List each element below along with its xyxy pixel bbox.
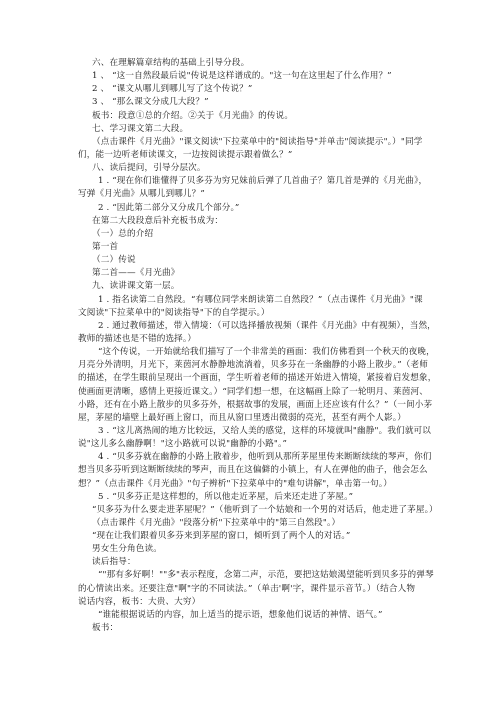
text-line: 小路，还有在小路上散步的贝多芬外，根据故事的发展，画面上还应该有什么？”（一间小… — [78, 399, 440, 412]
text-line: （点击课件《月光曲》"段落分析"下拉菜单中的"第三自然段"。） — [78, 517, 440, 530]
text-line: 在第二大段段意后补充板书成为： — [78, 215, 440, 228]
text-line: 写弹《月光曲》从哪儿到哪儿？” — [78, 188, 440, 201]
text-line: 3 、 “那么课文分成几大段？” — [78, 96, 440, 109]
text-line: 九、读讲课文第一层。 — [78, 280, 440, 293]
text-line: “谁能根据说话的内容，加上适当的提示语，想象他们说话的神情、语气。” — [78, 609, 440, 622]
text-line: 1 、 “这一自然段最后说"传说是这样谱成的。"这一句在这里起了什么作用？” — [78, 70, 440, 83]
text-line: 1 . “现在你们谁懂得了贝多芬为穷兄妹前后弹了几首曲子？第几首是弹的《月光曲》… — [78, 175, 440, 188]
text-line: 屋，茅屋的墙壁上最好画上窗口，而且从窗口里透出微弱的亮光，甚至有两个人影。） — [78, 412, 440, 425]
text-line: 板书：段意①总的介绍。②关于《月光曲》的传说。 — [78, 110, 440, 123]
text-line: 板书： — [78, 622, 440, 635]
text-line: （一）总的介绍 — [78, 228, 440, 241]
text-line: 说话内容，板书：大贵、大穷） — [78, 596, 440, 609]
text-line: 的心情读出来。还要注意"啊"字的不同读法。”（单击'啊'字，课件显示音节。）（结… — [78, 583, 440, 596]
text-line: 第二首——《月光曲》 — [78, 267, 440, 280]
text-line: 男女生分角色读。 — [78, 543, 440, 556]
text-line: （点击课件《月光曲》"课文阅读"下拉菜单中的"阅读指导"并单击"阅读提示"。）"… — [78, 136, 440, 149]
text-line: 七、学习课文第二大段。 — [78, 123, 440, 136]
text-line: “"那有多好啊！""多"表示程度，念第二声，示范，要把这姑娘渴望能听到贝多芬的弹… — [78, 569, 440, 582]
text-line: “贝多芬为什么要走进茅屋呢？”（他听到了一个姑娘和一个男的对话后，他走进了茅屋。… — [78, 504, 440, 517]
text-line: （二）传说 — [78, 254, 440, 267]
text-line: 2 . “因此第二部分又分成几个部分。” — [78, 202, 440, 215]
text-line: 2 、 “课文从哪儿到哪儿写了这个传说？” — [78, 83, 440, 96]
document-page: 六、在理解篇章结构的基础上引导分段。1 、 “这一自然段最后说"传说是这样谱成的… — [78, 57, 440, 635]
text-line: 2 . 通过教师描述，带入情境：（可以选择播放视频（课件《月光曲》中有视频），当… — [78, 320, 440, 333]
text-line: 说"这儿多么幽静啊！"这小路就可以说"幽静的小路"。” — [78, 438, 440, 451]
text-line: 们，能一边听老师读课文，一边按阅读提示跟着做么？” — [78, 149, 440, 162]
text-line: 使画面更清晰，感情上更接近课文。）“同学们想一想，在这幅画上除了一轮明月、莱茵河… — [78, 386, 440, 399]
text-line: 的描述，在学生眼前呈现出一个画面，学生听着老师的描述开始进入情境，紧接着启发想象… — [78, 372, 440, 385]
text-line: 月亮分外清明，月光下，莱茵河水静静地流淌着，贝多芬在一条幽静的小路上散步。”（老… — [78, 359, 440, 372]
text-line: 5 . “贝多芬正是这样想的，所以他走近茅屋，后来还走进了茅屋。” — [78, 491, 440, 504]
text-line: 想当贝多芬听到这断断续续的琴声，而且在这偏僻的小镇上，有人在弹他的曲子，他会怎么 — [78, 464, 440, 477]
text-line: 文阅读"下拉菜单中的"阅读指导"下的自学提示。） — [78, 307, 440, 320]
text-line: 第一首 — [78, 241, 440, 254]
text-line: “这个传说，一开始就给我们描写了一个非常美的画面：我们仿佛看到一个秋天的夜晚， — [78, 346, 440, 359]
text-line: 读后指导： — [78, 556, 440, 569]
text-line: “现在让我们跟着贝多芬来到茅屋的窗口，倾听到了两个人的对话。” — [78, 530, 440, 543]
text-line: 八、读后提问，引导分层次。 — [78, 162, 440, 175]
text-line: 3 . “这儿离热闹的地方比较远，又给人美的感觉，这样的环境就叫"幽静"。我们就… — [78, 425, 440, 438]
text-line: 1 . 指名读第二自然段。“有哪位同学来朗读第二自然段？”（点击课件《月光曲》"… — [78, 294, 440, 307]
text-line: 4 . “贝多芬就在幽静的小路上散着步，他听到从那所茅屋里传来断断续续的琴声，你… — [78, 451, 440, 464]
text-line: 六、在理解篇章结构的基础上引导分段。 — [78, 57, 440, 70]
text-line: 教师的描述也是不错的选择。） — [78, 333, 440, 346]
text-line: 想？”（点击课件《月光曲》"句子辨析"下拉菜单中的"难句讲解"，单击第一句。） — [78, 478, 440, 491]
